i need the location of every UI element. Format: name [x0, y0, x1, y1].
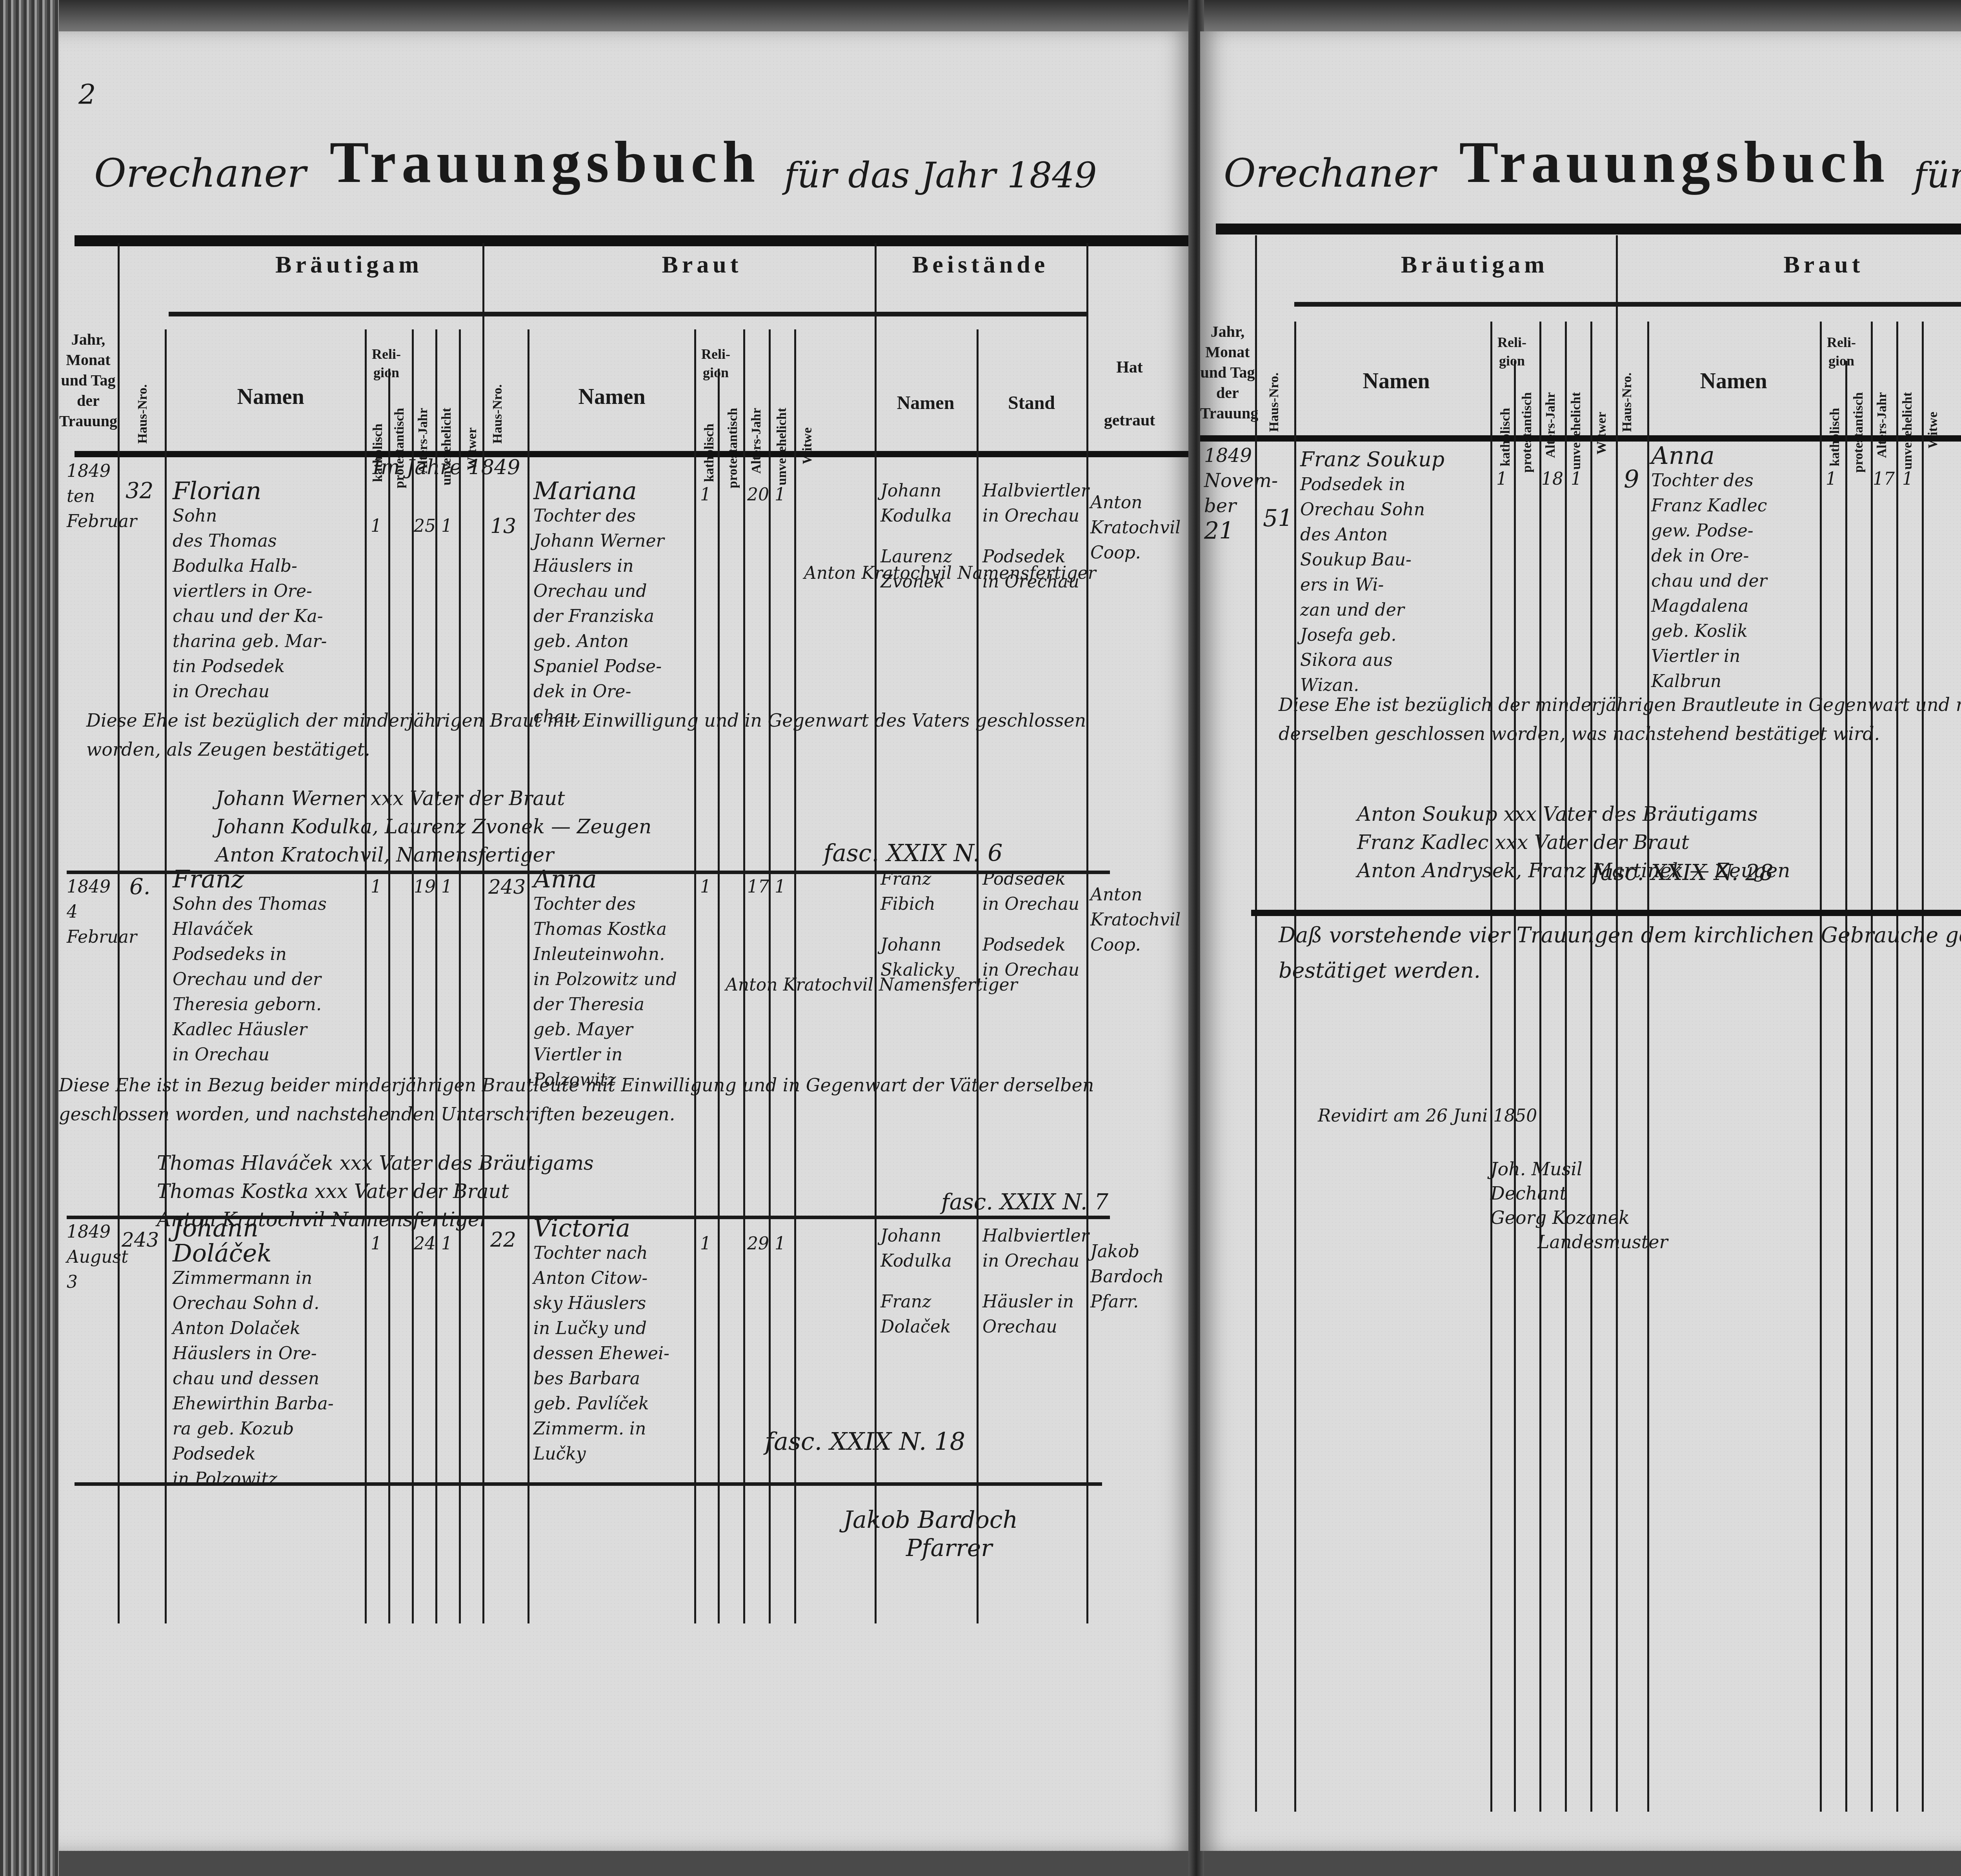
entry-4-bride-age: 17	[1873, 467, 1895, 492]
desc-line: tin Podsedek	[173, 654, 361, 679]
desc-line: Tochter des	[533, 504, 694, 529]
desc-line: Soukup Bau-	[1300, 547, 1488, 573]
desc-line: Orechau und der	[173, 967, 361, 992]
date-column-header: Jahr, Monat und Tag der Trauung	[59, 329, 118, 431]
desc-line: Viertler in	[1651, 644, 1820, 669]
group-rule	[1294, 302, 1961, 307]
entry-3-date: 1849 August 3	[67, 1220, 118, 1295]
grid-line	[1896, 322, 1898, 1812]
entry-1-groom-age: 25	[414, 514, 436, 539]
date-line: August	[67, 1245, 118, 1270]
entry-1-note: Diese Ehe ist bezüglich der minderjährig…	[86, 706, 1145, 764]
bride-religion-header: Reli-gion	[694, 345, 737, 382]
entry-2-extra-line: Anton Kratochvil Namensfertiger	[726, 973, 1118, 998]
desc-line: zan und der	[1300, 598, 1488, 623]
desc-line: in Lučky und	[533, 1316, 694, 1341]
entry-4-groom-catholic: 1	[1496, 467, 1507, 492]
signature-line: Franz Kadlec xxx Vater der Braut	[1357, 828, 1961, 856]
entry-2-groom-age: 19	[414, 874, 436, 900]
entry-1-groom-unmarried: 1	[441, 514, 452, 539]
date-header-line: Jahr,	[1200, 322, 1255, 342]
desc-line: Franz Kadlec	[1651, 493, 1820, 518]
desc-line: tharina geb. Mar-	[173, 629, 361, 654]
entry-3-groom-unmarried: 1	[441, 1231, 452, 1256]
desc-line: Tochter nach	[533, 1241, 694, 1266]
date-line: 4	[67, 900, 118, 925]
desc-line: Podsedek	[173, 1442, 361, 1467]
entry-3-bride-unmarried: 1	[775, 1231, 786, 1256]
officiant-header: Hat getraut	[1086, 357, 1173, 431]
entry-2-bride: Anna Tochter des Thomas Kostka Inleutein…	[533, 867, 694, 1093]
entry-2-witness-names: Franz Fibich Johann Skalicky	[880, 867, 975, 983]
grid-line	[1294, 322, 1296, 1812]
right-closing-note: Daß vorstehende vier Trauungen dem kirch…	[1279, 918, 1961, 988]
entry-4-bride-unmarried: 1	[1902, 467, 1913, 492]
page-title: Orechaner Trauungsbuch für das Jahr 1849	[1224, 129, 1961, 196]
desc-line: Hlaváček	[173, 917, 361, 942]
entry-3-witness-names: Johann Kodulka Franz Dolaček	[880, 1223, 975, 1340]
groom-name: Florian	[173, 478, 361, 504]
bride-name-header: Namen	[529, 384, 694, 409]
desc-line: Sikora aus	[1300, 648, 1488, 673]
entry-2-bride-catholic: 1	[700, 874, 711, 900]
date-line: ber	[1204, 493, 1255, 518]
desc-line: Magdalena	[1651, 594, 1820, 619]
date-header-line: Trauung	[59, 411, 118, 431]
date-header-line: der	[59, 391, 118, 411]
entry-2-note: Diese Ehe ist in Bezug beider minderjähr…	[59, 1071, 1157, 1129]
witness-status: Halbviertler in Orechau	[982, 478, 1084, 529]
desc-line: Josefa geb.	[1300, 623, 1488, 648]
officiant-header-line: getraut	[1086, 410, 1173, 431]
page-title: Orechaner Trauungsbuch für das Jahr 1849	[94, 129, 1097, 196]
grid-line	[165, 329, 167, 1623]
bride-age-header: Alters-Jahr	[749, 408, 764, 474]
desc-line: des Anton	[1300, 522, 1488, 547]
entry-4-groom: Franz Soukup Podsedek in Orechau Sohn de…	[1300, 447, 1488, 698]
entry-2-witness-status: Podsedek in Orechau Podsedek in Orechau	[982, 867, 1084, 983]
groom-surname: Doláček	[173, 1241, 361, 1266]
signature-line: Anton Kratochvil, Namensfertiger	[216, 841, 1157, 869]
desc-line: Sohn des Thomas	[173, 892, 361, 917]
bride-religion-header: Reli-gion	[1820, 333, 1863, 370]
desc-line: dessen Ehewei-	[533, 1341, 694, 1366]
desc-line: ers in Wi-	[1300, 573, 1488, 598]
desc-line: des Thomas	[173, 529, 361, 554]
entry-2-groom-house: 6.	[129, 874, 150, 900]
entry-1-groom-house: 32	[126, 478, 153, 504]
entry-1-officiant: Anton Kratochvil Coop.	[1090, 490, 1173, 565]
desc-line: Viertler in	[533, 1042, 694, 1067]
groom-name: Johann	[173, 1216, 361, 1241]
date-line: 1849	[67, 1220, 118, 1245]
desc-line: Podsedeks in	[173, 942, 361, 967]
date-line: ten	[67, 484, 118, 509]
desc-line: der Franziska	[533, 604, 694, 629]
bride-name: Anna	[1651, 443, 1820, 468]
desc-line: Spaniel Podse-	[533, 654, 694, 679]
bride-protestant-header: protestantisch	[726, 408, 740, 488]
desc-line: sky Häuslers	[533, 1291, 694, 1316]
bride-widow-header: Witwe	[1926, 412, 1941, 449]
entry-1-groom: Florian Sohn des Thomas Bodulka Halb- vi…	[173, 478, 361, 704]
witness-name: Johann Kodulka	[880, 1223, 975, 1274]
desc-line: gew. Podse-	[1651, 518, 1820, 544]
signature-line: Jakob Bardoch	[843, 1506, 1018, 1534]
folio-number: 2	[78, 78, 96, 111]
desc-line: Thomas Kostka	[533, 917, 694, 942]
desc-line: Sohn	[173, 504, 361, 529]
groom-house-no-header: Haus-Nro.	[135, 384, 150, 444]
entry-4-groom-house: 51	[1263, 506, 1293, 531]
groom-religion-header: Reli-gion	[365, 345, 408, 382]
date-line: 3	[67, 1270, 118, 1295]
grid-line	[1871, 322, 1873, 1812]
bride-protestant-header: protestantisch	[1851, 392, 1866, 473]
grid-line	[459, 329, 461, 1623]
grid-line	[1490, 322, 1492, 1812]
entry-1-bride-catholic: 1	[700, 482, 711, 507]
right-page: 3 Orechaner Trauungsbuch für das Jahr 18…	[1200, 31, 1961, 1851]
desc-line: viertlers in Ore-	[173, 579, 361, 604]
desc-line: geb. Mayer	[533, 1017, 694, 1042]
signature-line: Thomas Hlaváček xxx Vater des Bräutigams	[157, 1149, 1137, 1177]
groom-name: Franz Soukup	[1300, 447, 1488, 472]
desc-line: Orechau Sohn	[1300, 497, 1488, 522]
bride-name: Victoria	[533, 1216, 694, 1241]
entry-2-date: 1849 4 Februar	[67, 874, 118, 950]
desc-line: der Theresia	[533, 992, 694, 1017]
groom-age-header: Alters-Jahr	[1543, 392, 1558, 458]
bride-unmarried-header: unverehelicht	[775, 408, 789, 485]
witness-status-header: Stand	[977, 392, 1086, 414]
desc-line: Anton Citow-	[533, 1266, 694, 1291]
witness-status: Häusler in Orechau	[982, 1289, 1084, 1340]
bride-name: Anna	[533, 867, 694, 892]
desc-line: chau und der	[1651, 569, 1820, 594]
entry-3-officiant: Jakob Bardoch Pfarr.	[1090, 1239, 1173, 1314]
entry-2-groom-catholic: 1	[371, 874, 382, 900]
desc-line: bes Barbara	[533, 1366, 694, 1391]
entry-4-date: 1849 Novem- ber 21	[1204, 443, 1255, 544]
signature-line: Georg Kozanek	[1490, 1205, 1668, 1230]
witness-status: Podsedek in Orechau	[982, 867, 1084, 917]
bride-group-header: Braut	[1655, 251, 1961, 279]
revision-signature: Joh. Musil Dechant Georg Kozanek Landesm…	[1490, 1157, 1668, 1254]
grid-line	[1539, 322, 1541, 1812]
entry-1-bride-unmarried: 1	[775, 482, 786, 507]
groom-name-header: Namen	[1302, 369, 1490, 394]
groom-religion-header: Reli-gion	[1490, 333, 1534, 370]
page-edges-left	[0, 0, 59, 1876]
desc-line: in Polzowitz und	[533, 967, 694, 992]
grid-line	[388, 369, 390, 1623]
groom-protestant-header: protestantisch	[1520, 392, 1535, 473]
officiant-header-line: Hat	[1086, 357, 1173, 378]
entry-1-bride-house: 13	[490, 514, 516, 539]
grid-line	[482, 243, 484, 1623]
witness-name: Franz Dolaček	[880, 1289, 975, 1340]
left-page: 2 Orechaner Trauungsbuch für das Jahr 18…	[59, 31, 1192, 1851]
entry-3-groom-house: 243	[122, 1227, 159, 1252]
date-line: Februar	[67, 925, 118, 950]
entry-4-note: Diese Ehe ist bezüglich der minderjährig…	[1279, 690, 1961, 748]
date-header-line: Monat	[1200, 342, 1255, 362]
entry-4-bride: Anna Tochter des Franz Kadlec gew. Podse…	[1651, 443, 1820, 694]
entry-1-extra-line: Anton Kratochvil Namensfertiger	[804, 561, 1157, 586]
date-line: 1849	[67, 874, 118, 900]
desc-line: chau und dessen	[173, 1366, 361, 1391]
entry-1-signatures: Johann Werner xxx Vater der Braut Johann…	[216, 784, 1157, 869]
date-header-line: Trauung	[1200, 403, 1255, 424]
desc-line: Inleuteinwohn.	[533, 942, 694, 967]
desc-line: geb. Pavlíček	[533, 1391, 694, 1416]
bride-age-header: Alters-Jahr	[1875, 392, 1890, 458]
bride-house-no-header: Haus-Nro.	[490, 384, 505, 444]
bride-house-no-header: Haus-Nro.	[1620, 373, 1635, 432]
desc-line: Häuslers in Ore-	[173, 1341, 361, 1366]
grid-line	[1514, 361, 1516, 1812]
entry-2-groom-unmarried: 1	[441, 874, 452, 900]
desc-line: Johann Werner	[533, 529, 694, 554]
revision-note: Revidirt am 26 Juni 1850	[1318, 1102, 1537, 1130]
entry-3-bride-catholic: 1	[700, 1231, 711, 1256]
header-bottom-rule	[75, 451, 1188, 457]
entry-4-groom-unmarried: 1	[1571, 467, 1582, 492]
witness-group-header: Beistände	[875, 251, 1086, 279]
desc-line: Anton Dolaček	[173, 1316, 361, 1341]
date-line: 1849	[67, 459, 118, 484]
desc-line: Orechau und	[533, 579, 694, 604]
desc-line: Zimmerm. in	[533, 1416, 694, 1442]
date-header-line: und Tag	[1200, 362, 1255, 383]
grid-line	[528, 329, 529, 1623]
signature-line: Landesmuster	[1490, 1230, 1668, 1254]
date-line: 1849	[1204, 443, 1255, 468]
signature-line: Johann Werner xxx Vater der Braut	[216, 784, 1157, 813]
title-main: Trauungsbuch	[329, 129, 760, 196]
entry-1-bride: Mariana Tochter des Johann Werner Häusle…	[533, 478, 694, 729]
grid-line	[1820, 322, 1822, 1812]
desc-line: dek in Ore-	[1651, 544, 1820, 569]
groom-unmarried-header: unverehelicht	[1569, 392, 1584, 470]
desc-line: in Polzowitz	[173, 1467, 361, 1492]
header-rule	[1216, 224, 1961, 234]
left-closing-signature: Jakob Bardoch Pfarrer	[843, 1506, 1018, 1562]
grid-line	[694, 329, 696, 1623]
entry-2-bride-unmarried: 1	[775, 874, 786, 900]
signature-line: Anton Soukup xxx Vater des Bräutigams	[1357, 800, 1961, 828]
signature-line: Pfarrer	[843, 1534, 1018, 1562]
entry-3-groom: Johann Doláček Zimmermann in Orechau Soh…	[173, 1216, 361, 1492]
desc-line: Bodulka Halb-	[173, 554, 361, 579]
entry-3-groom-catholic: 1	[371, 1231, 382, 1256]
desc-line: Theresia geborn.	[173, 992, 361, 1017]
desc-line: geb. Anton	[533, 629, 694, 654]
entry-3-fasc: fasc. XXIX N. 18	[765, 1427, 965, 1456]
title-year: für das Jahr 1849	[784, 155, 1097, 196]
desc-line: Tochter des	[1651, 468, 1820, 493]
signature-line: Dechant	[1490, 1181, 1668, 1205]
date-header-line: der	[1200, 383, 1255, 403]
desc-line: Häuslers in	[533, 554, 694, 579]
grid-line	[365, 329, 367, 1623]
desc-line: in Orechau	[173, 1042, 361, 1067]
title-place: Orechaner	[94, 150, 306, 196]
entry-separator	[75, 1482, 1102, 1486]
bride-unmarried-header: unverehelicht	[1900, 392, 1915, 470]
entry-3-bride-age: 29	[747, 1231, 769, 1256]
desc-line: Zimmermann in	[173, 1266, 361, 1291]
desc-line: ra geb. Kozub	[173, 1416, 361, 1442]
date-header-line: Jahr,	[59, 329, 118, 350]
desc-line: Orechau Sohn d.	[173, 1291, 361, 1316]
entry-2-bride-age: 17	[747, 874, 769, 900]
grid-line	[1922, 322, 1924, 1812]
witness-status: Halbviertler in Orechau	[982, 1223, 1084, 1274]
entry-3-bride: Victoria Tochter nach Anton Citow- sky H…	[533, 1216, 694, 1467]
bride-name-header: Namen	[1651, 369, 1816, 394]
date-line: Februar	[67, 509, 118, 534]
grid-line	[1616, 235, 1618, 1812]
entry-1-bride-age: 20	[747, 482, 769, 507]
grid-line	[1086, 243, 1088, 1623]
groom-group-header: Bräutigam	[169, 251, 529, 279]
entry-3-witness-status: Halbviertler in Orechau Häusler in Orech…	[982, 1223, 1084, 1340]
entry-4-fasc: fasc. XXIX N. 28	[1592, 859, 1774, 887]
title-place: Orechaner	[1224, 150, 1435, 196]
grid-line	[1845, 361, 1847, 1812]
groom-name: Franz	[173, 867, 361, 892]
desc-line: in Orechau	[173, 679, 361, 704]
bride-widow-header: Witwe	[800, 427, 815, 464]
entry-2-bride-house: 243	[488, 874, 526, 900]
date-header-line: und Tag	[59, 370, 118, 391]
title-main: Trauungsbuch	[1459, 129, 1890, 196]
entry-2-officiant: Anton Kratochvil Coop.	[1090, 882, 1173, 958]
witness-name: Johann Kodulka	[880, 478, 975, 529]
desc-line: Podsedek in	[1300, 472, 1488, 497]
witness-name-header: Namen	[875, 392, 977, 414]
desc-line: chau und der Ka-	[173, 604, 361, 629]
groom-group-header: Bräutigam	[1294, 251, 1655, 279]
grid-line	[1590, 322, 1592, 1812]
entry-1-date: 1849 ten Februar	[67, 459, 118, 534]
groom-house-no-header: Haus-Nro.	[1267, 373, 1282, 432]
entry-2-groom: Franz Sohn des Thomas Hlaváček Podsedeks…	[173, 867, 361, 1067]
grid-line	[1565, 322, 1567, 1812]
desc-line: Kadlec Häusler	[173, 1017, 361, 1042]
entry-1-marginal-top: Im Jahre 1849	[373, 455, 520, 480]
header-rule	[75, 235, 1188, 246]
entry-2-fasc: fasc. XXIX N. 7	[941, 1188, 1108, 1216]
entry-4-bride-catholic: 1	[1826, 467, 1837, 492]
group-rule	[169, 312, 1086, 316]
bride-name: Mariana	[533, 478, 694, 504]
signature-line: Johann Kodulka, Laurenz Zvonek — Zeugen	[216, 813, 1157, 841]
groom-widower-header: Witwer	[1594, 412, 1609, 454]
desc-line: Lučky	[533, 1442, 694, 1467]
entry-3-groom-age: 24	[414, 1231, 436, 1256]
bride-group-header: Braut	[529, 251, 875, 279]
groom-name-header: Namen	[176, 384, 365, 409]
date-line: 21	[1204, 518, 1255, 544]
date-column-header: Jahr, Monat und Tag der Trauung	[1200, 322, 1255, 424]
entry-4-bride-house: 9	[1624, 467, 1639, 492]
entry-separator	[1251, 910, 1961, 916]
desc-line: dek in Ore-	[533, 679, 694, 704]
entry-4-groom-age: 18	[1541, 467, 1563, 492]
desc-line: Ehewirthin Barba-	[173, 1391, 361, 1416]
date-header-line: Monat	[59, 350, 118, 370]
entry-1-groom-catholic: 1	[371, 514, 382, 539]
entry-3-bride-house: 22	[490, 1227, 516, 1252]
title-year: für das Jahr 1849	[1914, 155, 1961, 196]
entry-1-fasc: fasc. XXIX N. 6	[824, 839, 1002, 867]
desc-line: Tochter des	[533, 892, 694, 917]
signature-line: Joh. Musil	[1490, 1157, 1668, 1181]
grid-line	[875, 243, 877, 1623]
witness-name: Franz Fibich	[880, 867, 975, 917]
grid-line	[1647, 322, 1649, 1812]
grid-line	[718, 369, 720, 1623]
date-line: Novem-	[1204, 468, 1255, 493]
desc-line: geb. Koslik	[1651, 619, 1820, 644]
